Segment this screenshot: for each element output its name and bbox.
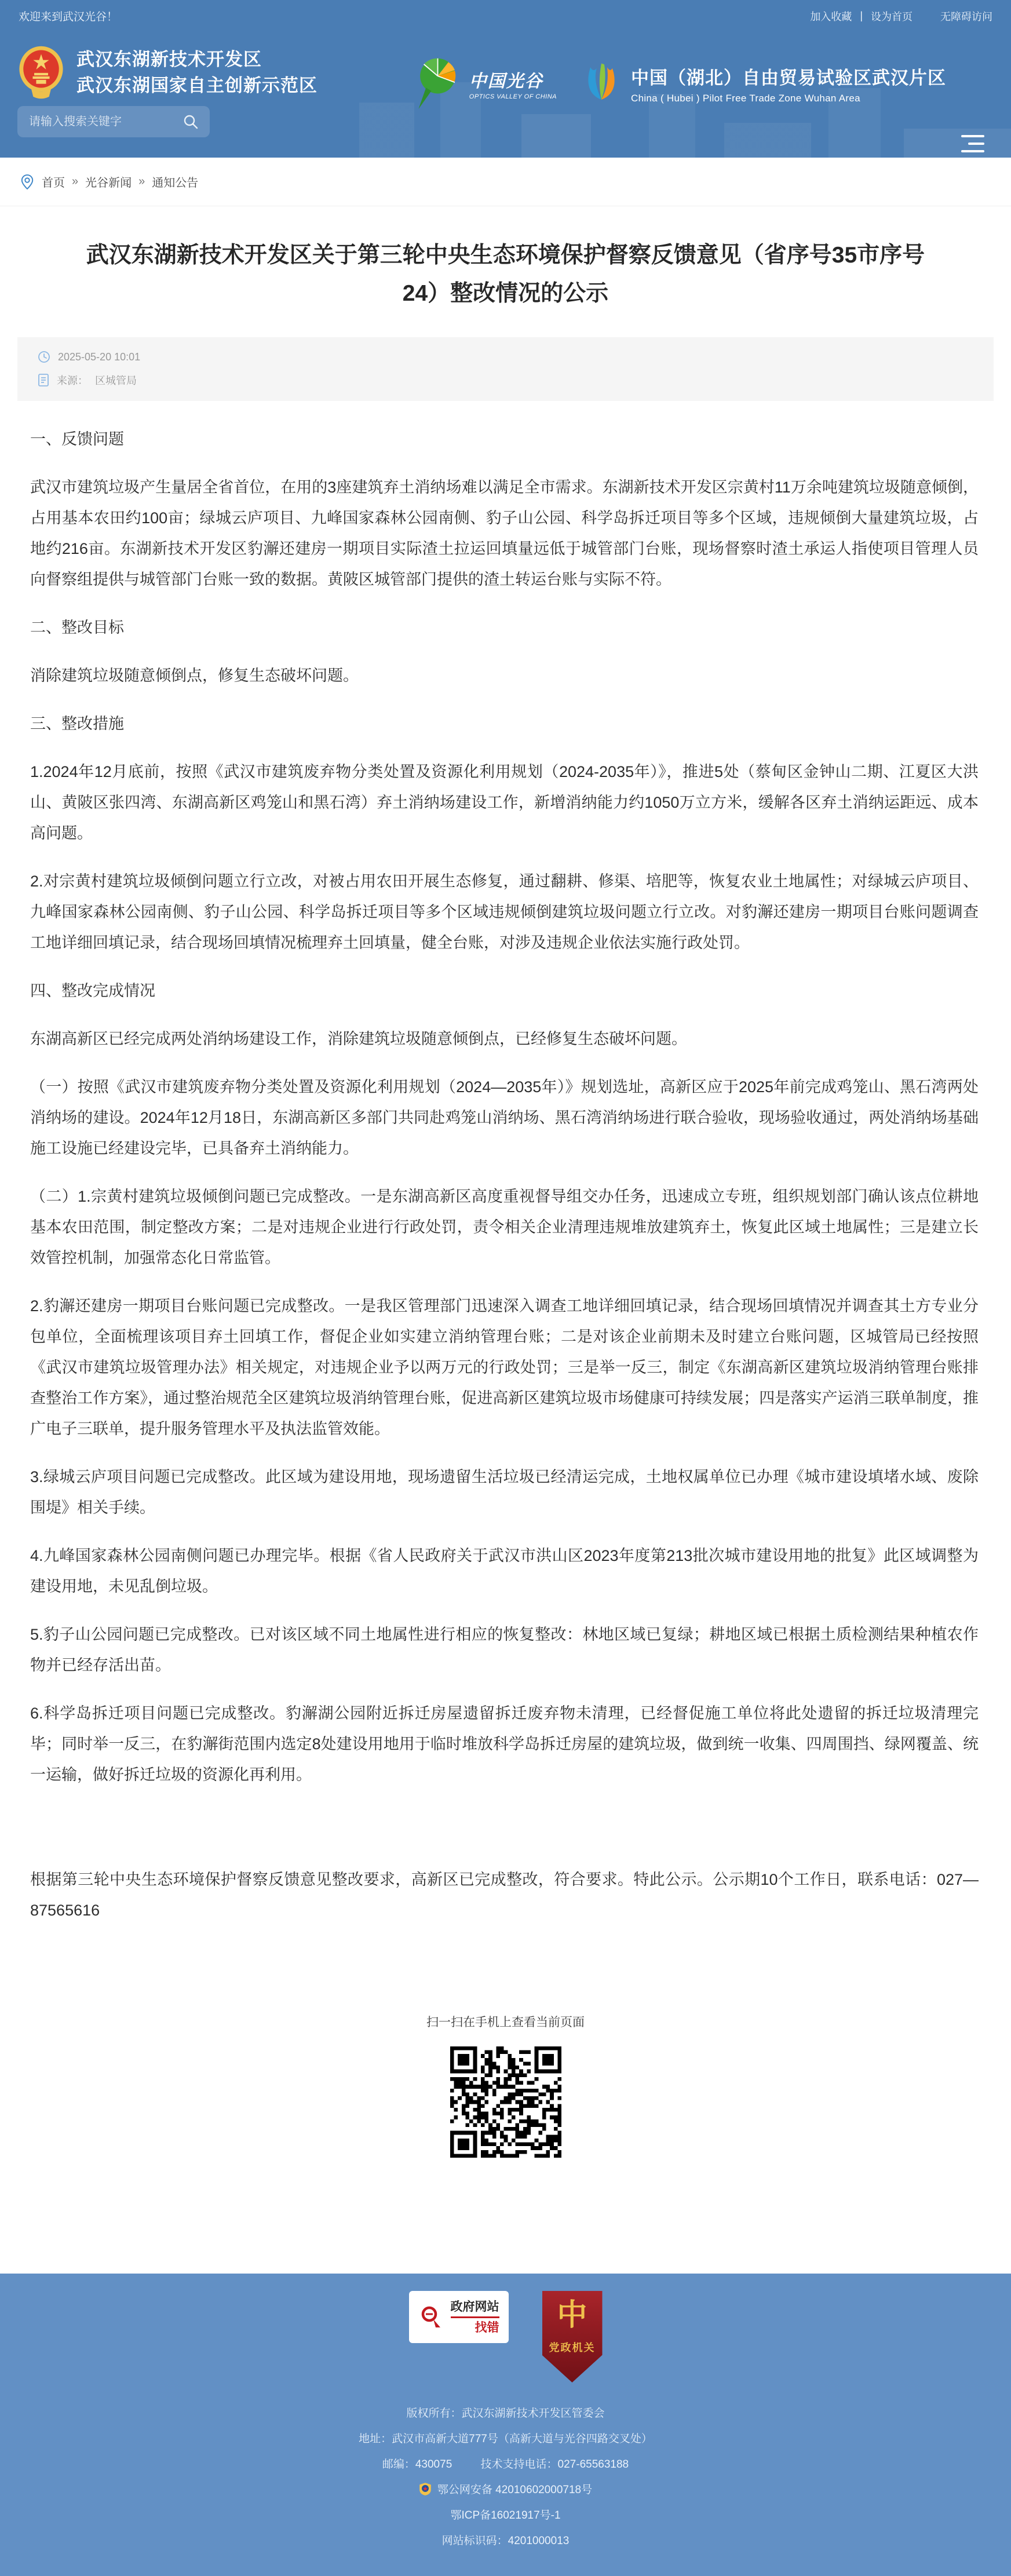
error-report-line2: 找错	[451, 2322, 499, 2334]
article-paragraph: （二）1.宗黄村建筑垃圾倾倒问题已完成整改。一是东湖高新区高度重视督导组交办任务…	[30, 1181, 979, 1274]
search-icon	[183, 114, 199, 130]
site-title-line2: 武汉东湖国家自主创新示范区	[76, 72, 317, 98]
footer-copyright: 版权所有：武汉东湖新技术开发区管委会	[0, 2406, 1011, 2422]
source-value: 区城管局	[95, 373, 137, 388]
section-heading: 三、整改措施	[30, 709, 979, 739]
optics-valley-en: OPTICS VALLEY OF CHINA	[469, 93, 557, 100]
welcome-text: 欢迎来到武汉光谷！	[19, 8, 118, 24]
section-heading: 二、整改目标	[30, 612, 979, 643]
article: 武汉东湖新技术开发区关于第三轮中央生态环境保护督察反馈意见（省序号35市序号24…	[0, 206, 1011, 2158]
footer-icp: 鄂ICP备16021917号-1	[0, 2508, 1011, 2524]
optics-valley-text: 中国光谷 OPTICS VALLEY OF CHINA	[469, 67, 557, 100]
article-paragraph: 东湖高新区已经完成两处消纳场建设工作，消除建筑垃圾随意倾倒点，已经修复生态破坏问…	[30, 1024, 979, 1055]
error-report-magnifier-icon	[418, 2304, 445, 2330]
public-security-badge-icon	[419, 2482, 432, 2496]
breadcrumb: 首页 » 光谷新闻 » 通知公告	[0, 158, 1011, 206]
article-paragraph: 2.对宗黄村建筑垃圾倾倒问题立行立改，对被占用农田开展生态修复，通过翻耕、修渠、…	[30, 866, 979, 958]
location-pin-icon	[20, 173, 35, 191]
article-paragraph: 6.科学岛拆迁项目问题已完成整改。豹澥湖公园附近拆迁房屋遗留拆迁废弃物未清理，已…	[30, 1698, 979, 1790]
article-paragraph: 2.豹澥还建房一期项目台账问题已完成整改。一是我区管理部门迅速深入调查工地详细回…	[30, 1291, 979, 1444]
menu-hamburger-icon[interactable]	[961, 135, 984, 152]
article-paragraph: 5.豹子山公园问题已完成整改。已对该区域不同土地属性进行相应的恢复整改：林地区域…	[30, 1619, 979, 1681]
gov-site-error-report-badge[interactable]: 政府网站 找错	[409, 2291, 509, 2343]
breadcrumb-notices[interactable]: 通知公告	[152, 173, 198, 190]
free-trade-zone-text: 中国（湖北）自由贸易试验区武汉片区 China ( Hubei ) Pilot …	[631, 63, 946, 104]
article-title-block: 武汉东湖新技术开发区关于第三轮中央生态环境保护督察反馈意见（省序号35市序号24…	[0, 206, 1011, 337]
footer-tech-support: 技术支持电话：027-65563188	[481, 2458, 629, 2471]
search-button[interactable]	[183, 114, 199, 130]
meta-date-row: 2025-05-20 10:01	[17, 345, 994, 368]
optics-valley-logo: 中国光谷 OPTICS VALLEY OF CHINA	[408, 56, 557, 111]
link-set-homepage[interactable]: 设为首页	[871, 9, 913, 24]
article-meta: 2025-05-20 10:01 来源： 区城管局	[17, 337, 994, 401]
error-report-text: 政府网站 找错	[451, 2301, 499, 2334]
footer-site-code: 网站标识码：4201000013	[0, 2533, 1011, 2549]
optics-valley-cn: 中国光谷	[469, 67, 557, 92]
breadcrumb-home[interactable]: 首页	[42, 173, 65, 190]
link-add-favorite[interactable]: 加入收藏	[810, 9, 852, 24]
clock-icon	[37, 350, 51, 364]
footer-gongan: 鄂公网安备 42010602000718号	[0, 2482, 1011, 2498]
source-label: 来源：	[57, 373, 88, 388]
footer-postal-tech: 邮编：430075 技术支持电话：027-65563188	[0, 2457, 1011, 2473]
party-gov-badge[interactable]: 中 党政机关	[542, 2291, 603, 2382]
free-trade-zone-en: China ( Hubei ) Pilot Free Trade Zone Wu…	[631, 93, 946, 104]
site-title: 武汉东湖新技术开发区 武汉东湖国家自主创新示范区	[76, 46, 317, 98]
qr-code	[450, 2046, 561, 2158]
free-trade-zone-logo: 中国（湖北）自由贸易试验区武汉片区 China ( Hubei ) Pilot …	[580, 57, 946, 110]
site-title-line1: 武汉东湖新技术开发区	[76, 46, 317, 72]
article-paragraph: 根据第三轮中央生态环境保护督察反馈意见整改要求，高新区已完成整改，符合要求。特此…	[30, 1865, 979, 1926]
qr-caption: 扫一扫在手机上查看当前页面	[0, 2013, 1011, 2030]
header-logos: 中国光谷 OPTICS VALLEY OF CHINA 中国（湖北）自由贸易试验…	[408, 56, 946, 111]
footer-address: 地址：武汉市高新大道777号（高新大道与光谷四路交叉处）	[0, 2431, 1011, 2447]
article-paragraph: 消除建筑垃圾随意倾倒点，修复生态破坏问题。	[30, 661, 979, 691]
breadcrumb-news[interactable]: 光谷新闻	[85, 173, 132, 190]
breadcrumb-separator: »	[72, 175, 78, 188]
party-badge-label: 党政机关	[549, 2340, 596, 2355]
free-trade-zone-cn: 中国（湖北）自由贸易试验区武汉片区	[631, 63, 946, 89]
qr-section: 扫一扫在手机上查看当前页面	[0, 2013, 1011, 2158]
article-paragraph: 4.九峰国家森林公园南侧问题已办理完毕。根据《省人民政府关于武汉市洪山区2023…	[30, 1541, 979, 1602]
article-body: 一、反馈问题武汉市建筑垃圾产生量居全省首位，在用的3座建筑弃土消纳场难以满足全市…	[0, 424, 1011, 1926]
error-report-line1: 政府网站	[451, 2301, 499, 2313]
search-box	[17, 106, 210, 137]
party-badge-emblem: 中	[557, 2298, 587, 2334]
footer-postal: 邮编：430075	[382, 2458, 452, 2471]
article-paragraph: 1.2024年12月底前，按照《武汉市建筑废弃物分类处置及资源化利用规划（202…	[30, 757, 979, 849]
footer-lines: 版权所有：武汉东湖新技术开发区管委会 地址：武汉市高新大道777号（高新大道与光…	[0, 2406, 1011, 2549]
footer-gongan-link[interactable]: 鄂公网安备 42010602000718号	[437, 2484, 592, 2496]
site-footer: 政府网站 找错 中 党政机关 版权所有：武汉东湖新技术开发区管委会 地址：武汉市…	[0, 2274, 1011, 2576]
site-header: 欢迎来到武汉光谷！ 加入收藏 | 设为首页 无障碍访问 武汉东湖新技术开发区 武…	[0, 0, 1011, 158]
free-trade-zone-tulip-icon	[580, 57, 623, 110]
document-icon	[37, 373, 50, 387]
footer-icp-link[interactable]: 鄂ICP备16021917号-1	[450, 2509, 560, 2522]
footer-badges: 政府网站 找错 中 党政机关	[0, 2291, 1011, 2385]
article-paragraph: 武汉市建筑垃圾产生量居全省首位，在用的3座建筑弃土消纳场难以满足全市需求。东湖新…	[30, 472, 979, 595]
meta-source-row: 来源： 区城管局	[17, 368, 994, 392]
page-title: 武汉东湖新技术开发区关于第三轮中央生态环境保护督察反馈意见（省序号35市序号24…	[71, 236, 940, 313]
section-heading: 一、反馈问题	[30, 424, 979, 455]
optics-valley-balloon-icon	[408, 56, 461, 111]
publish-date: 2025-05-20 10:01	[58, 351, 140, 363]
article-paragraph: （一）按照《武汉市建筑废弃物分类处置及资源化利用规划（2024—2035年）》规…	[30, 1072, 979, 1164]
error-report-rule	[451, 2316, 499, 2318]
site-brand: 武汉东湖新技术开发区 武汉东湖国家自主创新示范区	[16, 45, 317, 100]
article-paragraph: 3.绿城云庐项目问题已完成整改。此区域为建设用地，现场遗留生活垃圾已经清运完成，…	[30, 1462, 979, 1523]
toplink-separator: |	[860, 10, 863, 22]
national-emblem-icon	[16, 45, 66, 100]
page: 欢迎来到武汉光谷！ 加入收藏 | 设为首页 无障碍访问 武汉东湖新技术开发区 武…	[0, 0, 1011, 2576]
link-accessibility[interactable]: 无障碍访问	[940, 9, 992, 24]
breadcrumb-separator: »	[138, 175, 145, 188]
topbar-links: 加入收藏 | 设为首页 无障碍访问	[810, 9, 992, 24]
topbar: 欢迎来到武汉光谷！ 加入收藏 | 设为首页 无障碍访问	[0, 0, 1011, 32]
search-input[interactable]	[29, 115, 183, 129]
section-heading: 四、整改完成情况	[30, 976, 979, 1006]
